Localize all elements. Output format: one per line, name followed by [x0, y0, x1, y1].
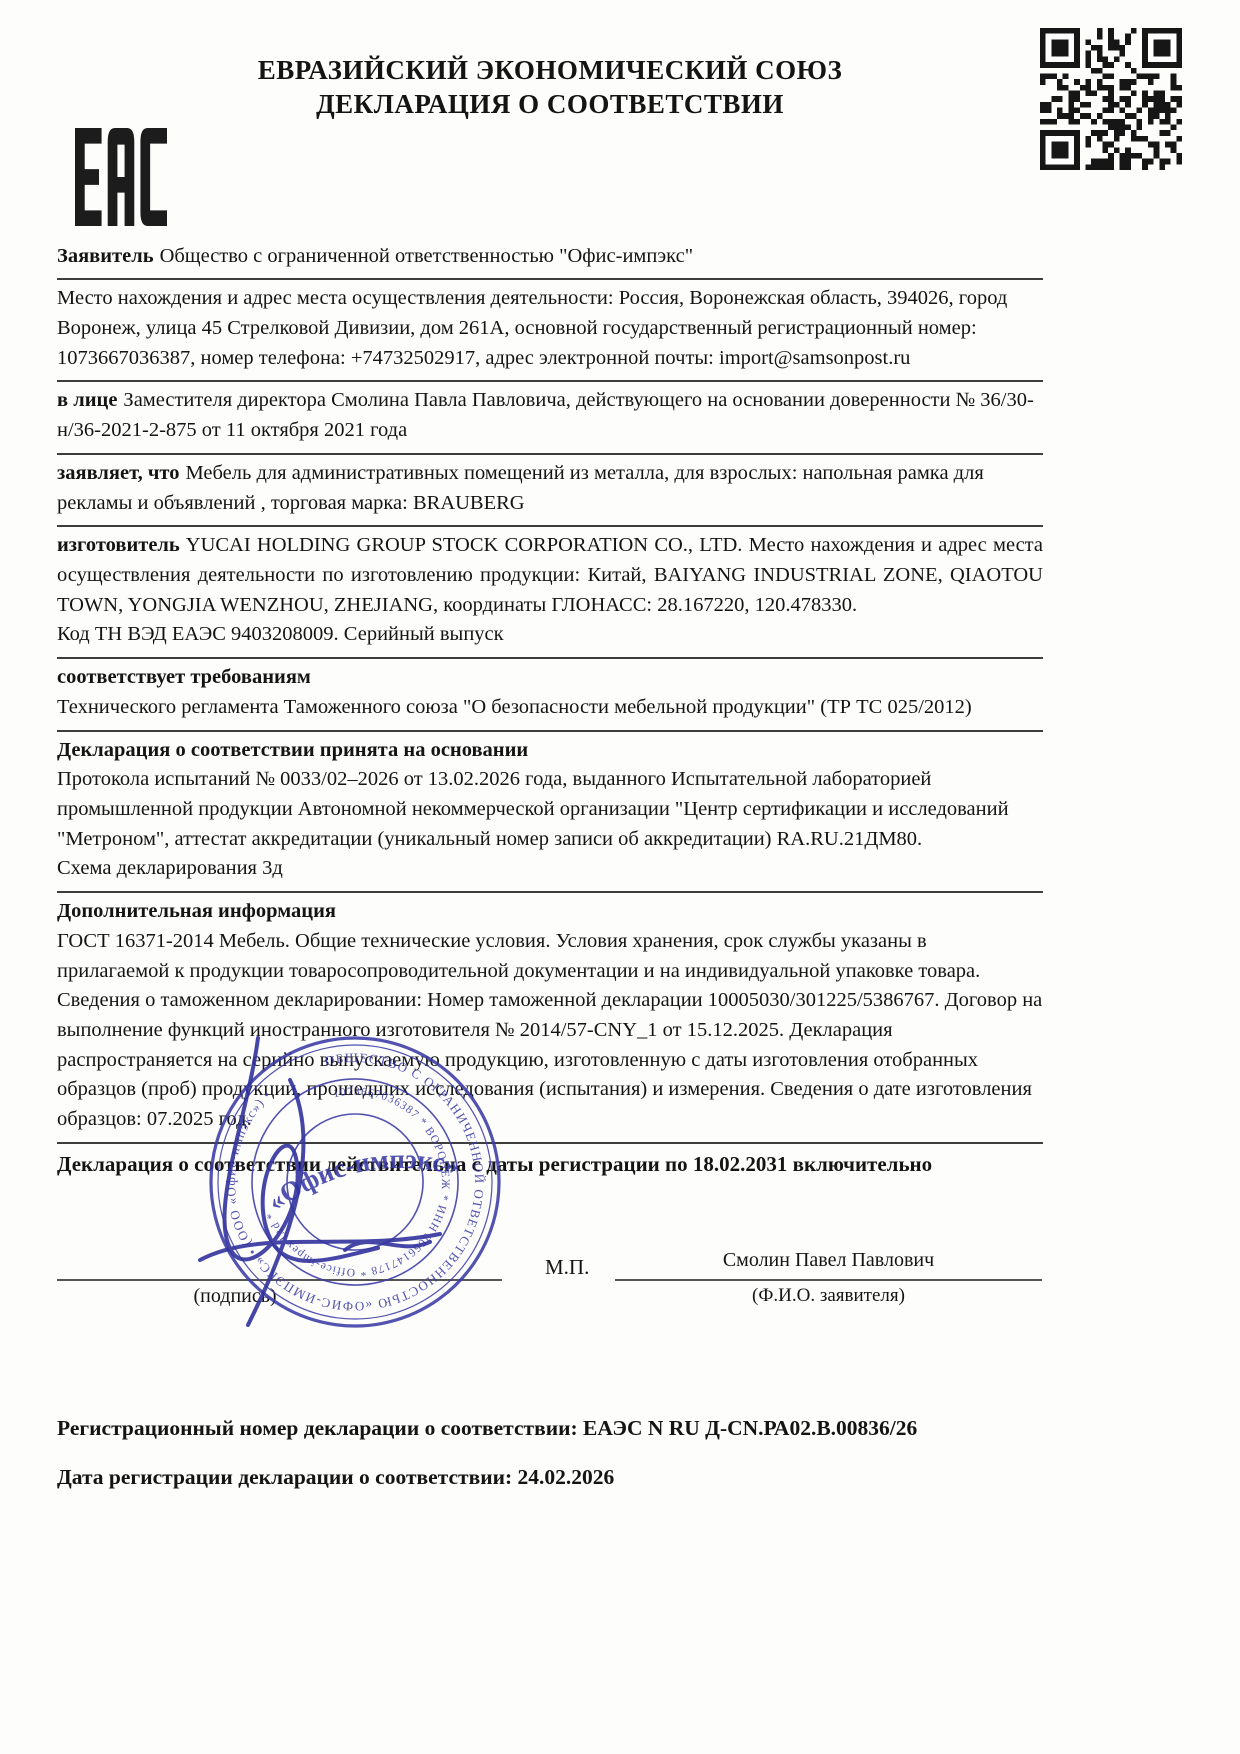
tn-ved-code-line: Код ТН ВЭД ЕАЭС 9403208009. Серийный вып… — [57, 620, 1043, 650]
section-address: Место нахождения и адрес места осуществл… — [57, 280, 1043, 382]
applicant-label: Заявитель — [57, 245, 154, 267]
applicant-fullname: Смолин Павел Павлович — [615, 1249, 1042, 1272]
validity-statement: Декларация о соответствии действительна … — [57, 1144, 1043, 1187]
qr-code-icon — [1040, 28, 1182, 170]
registration-number-line: Регистрационный номер декларации о соотв… — [57, 1416, 1043, 1441]
additional-info-text: ГОСТ 16371-2014 Мебель. Общие технически… — [57, 927, 1043, 1135]
signature-caption: (подпись) — [155, 1285, 315, 1308]
section-additional-info: Дополнительная информация ГОСТ 16371-201… — [57, 893, 1043, 1144]
stamp-place-label: М.П. — [545, 1255, 589, 1280]
applicant-value: Общество с ограниченной ответственностью… — [160, 245, 694, 267]
section-declares: заявляет, чтоМебель для административных… — [57, 455, 1043, 527]
registration-date-line: Дата регистрации декларации о соответств… — [57, 1465, 1043, 1490]
section-basis: Декларация о соответствии принята на осн… — [57, 732, 1043, 894]
declaration-scheme-line: Схема декларирования 3д — [57, 854, 1043, 884]
manufacturer-label: изготовитель — [57, 534, 180, 556]
section-applicant: ЗаявительОбщество с ограниченной ответст… — [57, 238, 1043, 281]
section-complies: соответствует требованиям Технического р… — [57, 659, 1043, 731]
fullname-line — [615, 1279, 1042, 1281]
title-line-1: ЕВРАЗИЙСКИЙ ЭКОНОМИЧЕСКИЙ СОЮЗ — [57, 54, 1043, 88]
section-manufacturer: изготовительYUCAI HOLDING GROUP STOCK CO… — [57, 527, 1043, 659]
registration-footer: Регистрационный номер декларации о соотв… — [57, 1416, 1043, 1490]
basis-header: Декларация о соответствии принята на осн… — [57, 736, 1043, 766]
address-text: Место нахождения и адрес места осуществл… — [57, 284, 1043, 373]
signature-line — [57, 1279, 502, 1281]
document-content: ЕВРАЗИЙСКИЙ ЭКОНОМИЧЕСКИЙ СОЮЗ ДЕКЛАРАЦИ… — [57, 0, 1043, 1490]
represented-by-label: в лице — [57, 389, 117, 411]
document-title: ЕВРАЗИЙСКИЙ ЭКОНОМИЧЕСКИЙ СОЮЗ ДЕКЛАРАЦИ… — [57, 54, 1043, 122]
additional-info-header: Дополнительная информация — [57, 897, 1043, 927]
title-line-2: ДЕКЛАРАЦИЯ О СООТВЕТСТВИИ — [57, 88, 1043, 122]
basis-text: Протокола испытаний № 0033/02–2026 от 13… — [57, 765, 1043, 854]
complies-text: Технического регламента Таможенного союз… — [57, 693, 1043, 723]
manufacturer-value: YUCAI HOLDING GROUP STOCK CORPORATION CO… — [57, 534, 1043, 615]
declares-label: заявляет, что — [57, 462, 179, 484]
fullname-caption: (Ф.И.О. заявителя) — [615, 1285, 1042, 1307]
section-represented-by: в лицеЗаместителя директора Смолина Павл… — [57, 382, 1043, 454]
complies-header: соответствует требованиям — [57, 663, 1043, 693]
declaration-page: ЕВРАЗИЙСКИЙ ЭКОНОМИЧЕСКИЙ СОЮЗ ДЕКЛАРАЦИ… — [0, 0, 1240, 1754]
signature-block: (подпись) М.П. Смолин Павел Павлович (Ф.… — [57, 1229, 1043, 1354]
represented-by-value: Заместителя директора Смолина Павла Павл… — [57, 389, 1034, 441]
declares-value: Мебель для административных помещений из… — [57, 462, 984, 514]
